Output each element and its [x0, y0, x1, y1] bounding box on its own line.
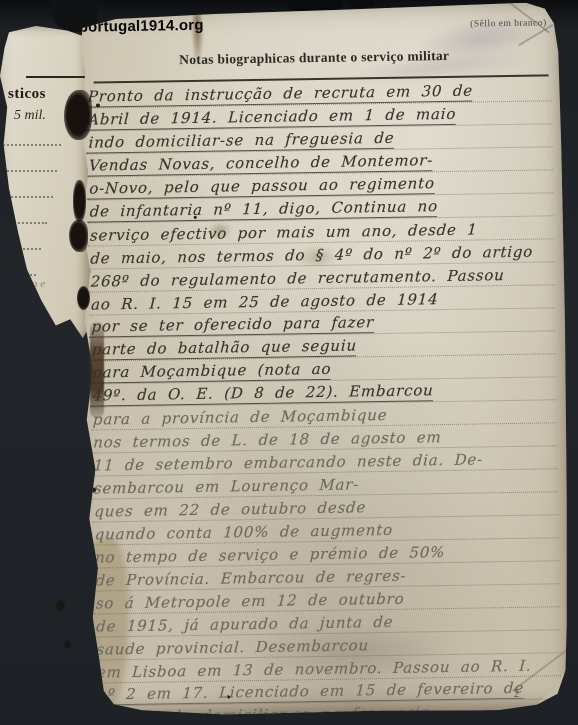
site-watermark: portugal1914.org — [79, 17, 204, 36]
page-number: 2 — [514, 688, 520, 700]
fragment-ruled-line — [3, 170, 57, 172]
fragment-faint-marks: a e — [32, 278, 45, 290]
fragment-partial-value: 5 mil. — [14, 108, 46, 124]
form-title: Notas biographicas durante o serviço mil… — [67, 46, 561, 70]
fragment-partial-word: sticos — [8, 86, 46, 103]
torn-page-fragment: sticos 5 mil. a e — [0, 26, 90, 338]
document-page: portugal1914.org (Sêllo em branco) Notas… — [66, 2, 571, 717]
handwritten-text: 1916, indo domiciliar-se na freguesia — [95, 703, 431, 725]
fragment-ruled-line — [3, 196, 53, 198]
photo-backdrop: sticos 5 mil. a e portugal1914.org (Sêll… — [0, 0, 578, 725]
blank-seal-note: (Sêllo em branco) — [470, 18, 547, 29]
backdrop-binding-shadow — [348, 0, 374, 8]
handwritten-text: para Moçambique (nota ao — [90, 360, 332, 384]
ink-blot — [64, 640, 71, 649]
handwritten-text: parte do batalhão que seguiu — [89, 336, 357, 360]
binding-stain-streak — [90, 322, 104, 418]
fragment-ruled-line — [3, 274, 36, 276]
fragment-ruled-line — [3, 144, 61, 146]
fragment-ruled-line — [3, 222, 47, 224]
manuscript-lines: Pronto da instrucção de recruta em 30 de… — [86, 78, 562, 725]
fragment-ruled-line — [3, 300, 30, 302]
ink-blot — [56, 600, 65, 611]
fragment-ruled-line — [3, 248, 41, 250]
fragment-printed-rule — [26, 76, 86, 78]
